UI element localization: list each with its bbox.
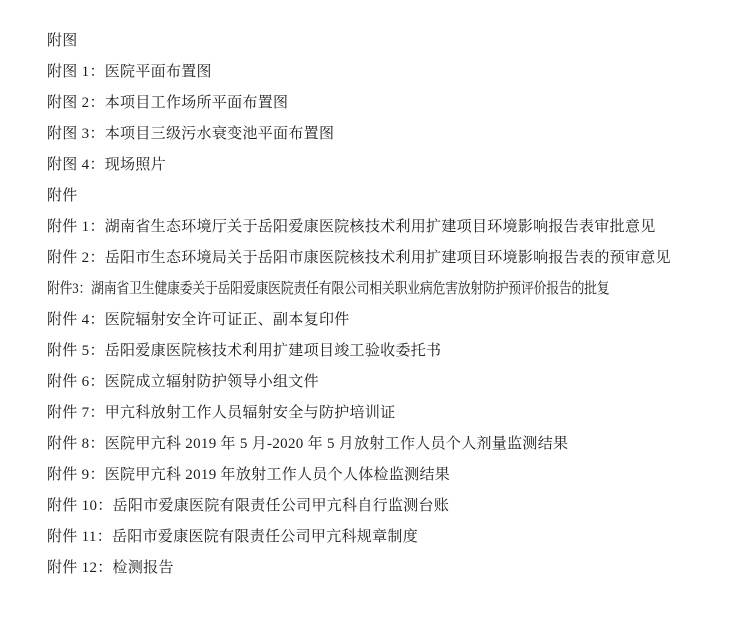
attachment-item-9: 附件 9：医院甲亢科 2019 年放射工作人员个人体检监测结果 bbox=[47, 460, 700, 491]
attachment-item-3: 附件3：湖南省卫生健康委关于岳阳爱康医院责任有限公司相关职业病危害放射防护预评价… bbox=[47, 274, 609, 305]
figure-item-3: 附图 3：本项目三级污水衰变池平面布置图 bbox=[47, 119, 700, 150]
attachments-heading: 附件 bbox=[47, 181, 700, 212]
figure-item-2: 附图 2：本项目工作场所平面布置图 bbox=[47, 88, 700, 119]
document-page: 附图 附图 1：医院平面布置图 附图 2：本项目工作场所平面布置图 附图 3：本… bbox=[0, 0, 740, 620]
figure-item-4: 附图 4：现场照片 bbox=[47, 150, 700, 181]
attachment-item-12: 附件 12：检测报告 bbox=[47, 553, 700, 584]
attachment-item-8: 附件 8：医院甲亢科 2019 年 5 月-2020 年 5 月放射工作人员个人… bbox=[47, 429, 700, 460]
figures-heading: 附图 bbox=[47, 26, 700, 57]
attachment-item-10: 附件 10：岳阳市爱康医院有限责任公司甲亢科自行监测台账 bbox=[47, 491, 700, 522]
attachment-item-5: 附件 5：岳阳爱康医院核技术利用扩建项目竣工验收委托书 bbox=[47, 336, 700, 367]
attachment-item-7: 附件 7：甲亢科放射工作人员辐射安全与防护培训证 bbox=[47, 398, 700, 429]
attachment-item-2: 附件 2：岳阳市生态环境局关于岳阳市康医院核技术利用扩建项目环境影响报告表的预审… bbox=[47, 243, 700, 274]
attachment-item-1: 附件 1：湖南省生态环境厅关于岳阳爱康医院核技术利用扩建项目环境影响报告表审批意… bbox=[47, 212, 700, 243]
attachment-item-6: 附件 6：医院成立辐射防护领导小组文件 bbox=[47, 367, 700, 398]
attachment-item-11: 附件 11：岳阳市爱康医院有限责任公司甲亢科规章制度 bbox=[47, 522, 700, 553]
figure-item-1: 附图 1：医院平面布置图 bbox=[47, 57, 700, 88]
attachment-item-4: 附件 4：医院辐射安全许可证正、副本复印件 bbox=[47, 305, 700, 336]
